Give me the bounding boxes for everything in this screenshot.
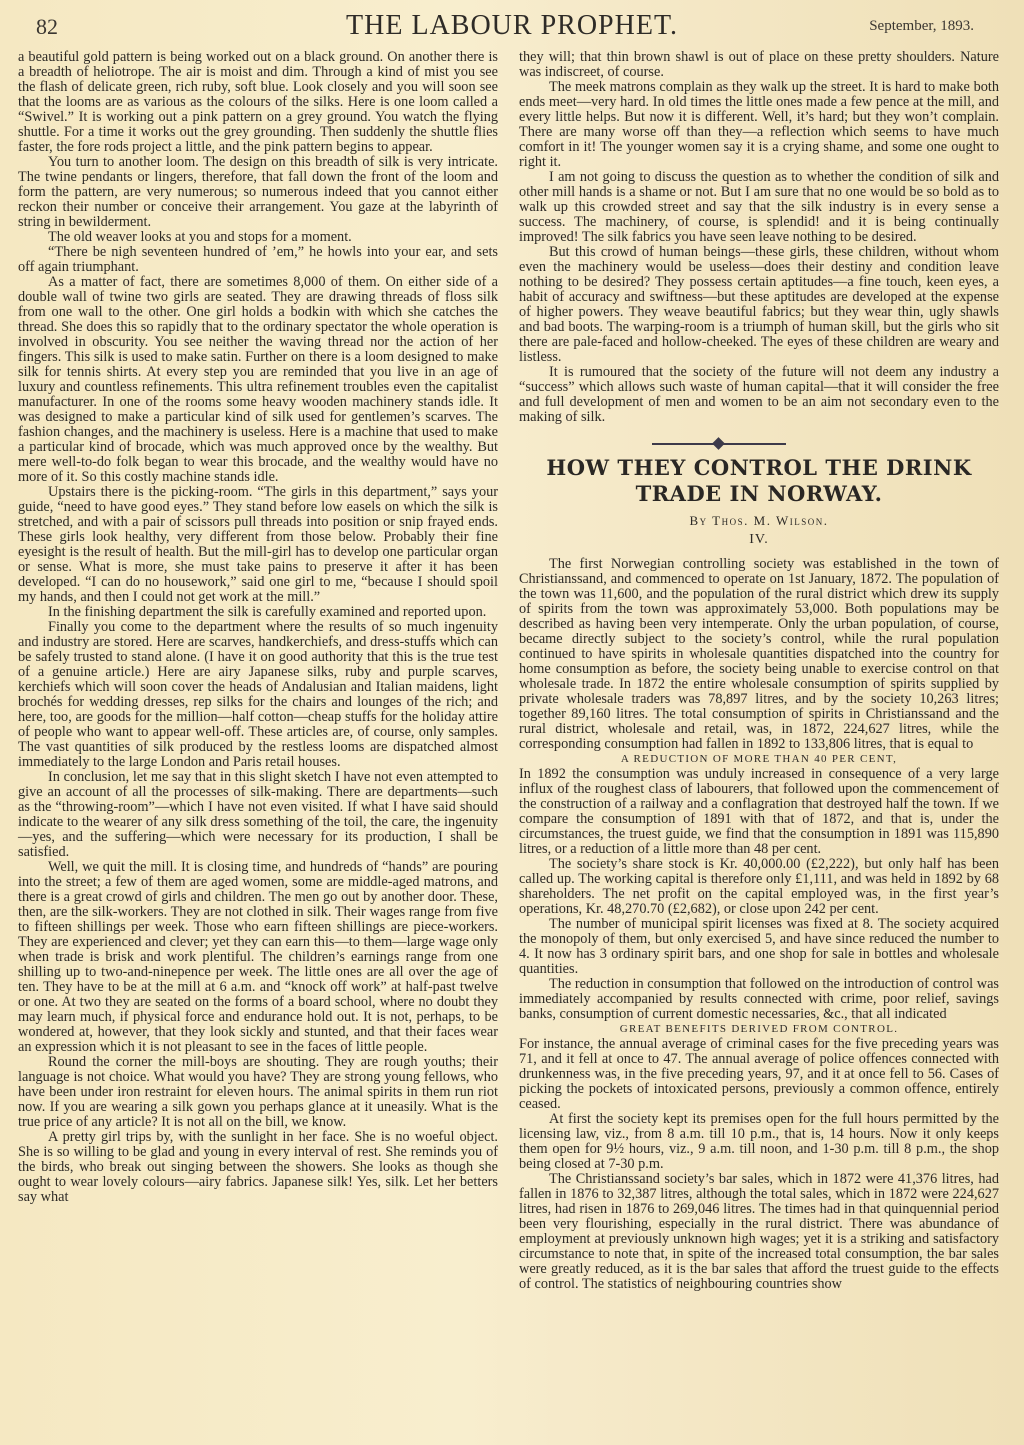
paragraph: a beautiful gold pattern is being worked… [18,50,498,155]
paragraph: The society’s share stock is Kr. 40,000.… [519,857,999,917]
section-divider-ornament [519,435,999,453]
article-part-number: IV. [519,532,999,547]
paragraph: Finally you come to the department where… [18,620,498,770]
page-header: 82 THE LABOUR PROPHET. September, 1893. [0,8,1024,42]
paragraph: they will; that thin brown shawl is out … [519,50,999,80]
article-byline: By Thos. M. Wilson. [519,513,999,528]
paragraph: In the finishing department the silk is … [18,605,498,620]
issue-date: September, 1893. [869,18,974,35]
article-title: HOW THEY CONTROL THE DRINK TRADE IN NORW… [519,455,999,507]
paragraph: For instance, the annual average of crim… [519,1037,999,1112]
paragraph: The meek matrons complain as they walk u… [519,80,999,170]
newspaper-page: 82 THE LABOUR PROPHET. September, 1893. … [0,0,1024,1445]
paragraph: But this crowd of human beings—these gir… [519,245,999,365]
paragraph: Well, we quit the mill. It is closing ti… [18,860,498,1055]
paragraph: “There be nigh seventeen hundred of ’em,… [18,245,498,275]
paragraph: Round the corner the mill-boys are shout… [18,1055,498,1130]
paragraph: In conclusion, let me say that in this s… [18,770,498,860]
right-column: they will; that thin brown shawl is out … [519,50,999,1292]
paragraph: Upstairs there is the picking-room. “The… [18,485,498,605]
paragraph: A pretty girl trips by, with the sunligh… [18,1130,498,1205]
paragraph: As a matter of fact, there are sometimes… [18,275,498,485]
paragraph: In 1892 the consumption was unduly incre… [519,767,999,857]
paragraph: At first the society kept its premises o… [519,1112,999,1172]
paragraph: The first Norwegian controlling society … [519,557,999,752]
diamond-ornament-icon [712,437,725,450]
paragraph: The Christianssand society’s bar sales, … [519,1172,999,1292]
paragraph: The reduction in consumption that follow… [519,977,999,1022]
article-subheading: A reduction of more than 40 per cent, [519,752,999,767]
left-column: a beautiful gold pattern is being worked… [18,50,498,1205]
paragraph: The old weaver looks at you and stops fo… [18,230,498,245]
article-subheading: Great benefits derived from control. [519,1022,999,1037]
paragraph: The number of municipal spirit licenses … [519,917,999,977]
paragraph: You turn to another loom. The design on … [18,155,498,230]
paragraph: It is rumoured that the society of the f… [519,365,999,425]
paragraph: I am not going to discuss the question a… [519,170,999,245]
